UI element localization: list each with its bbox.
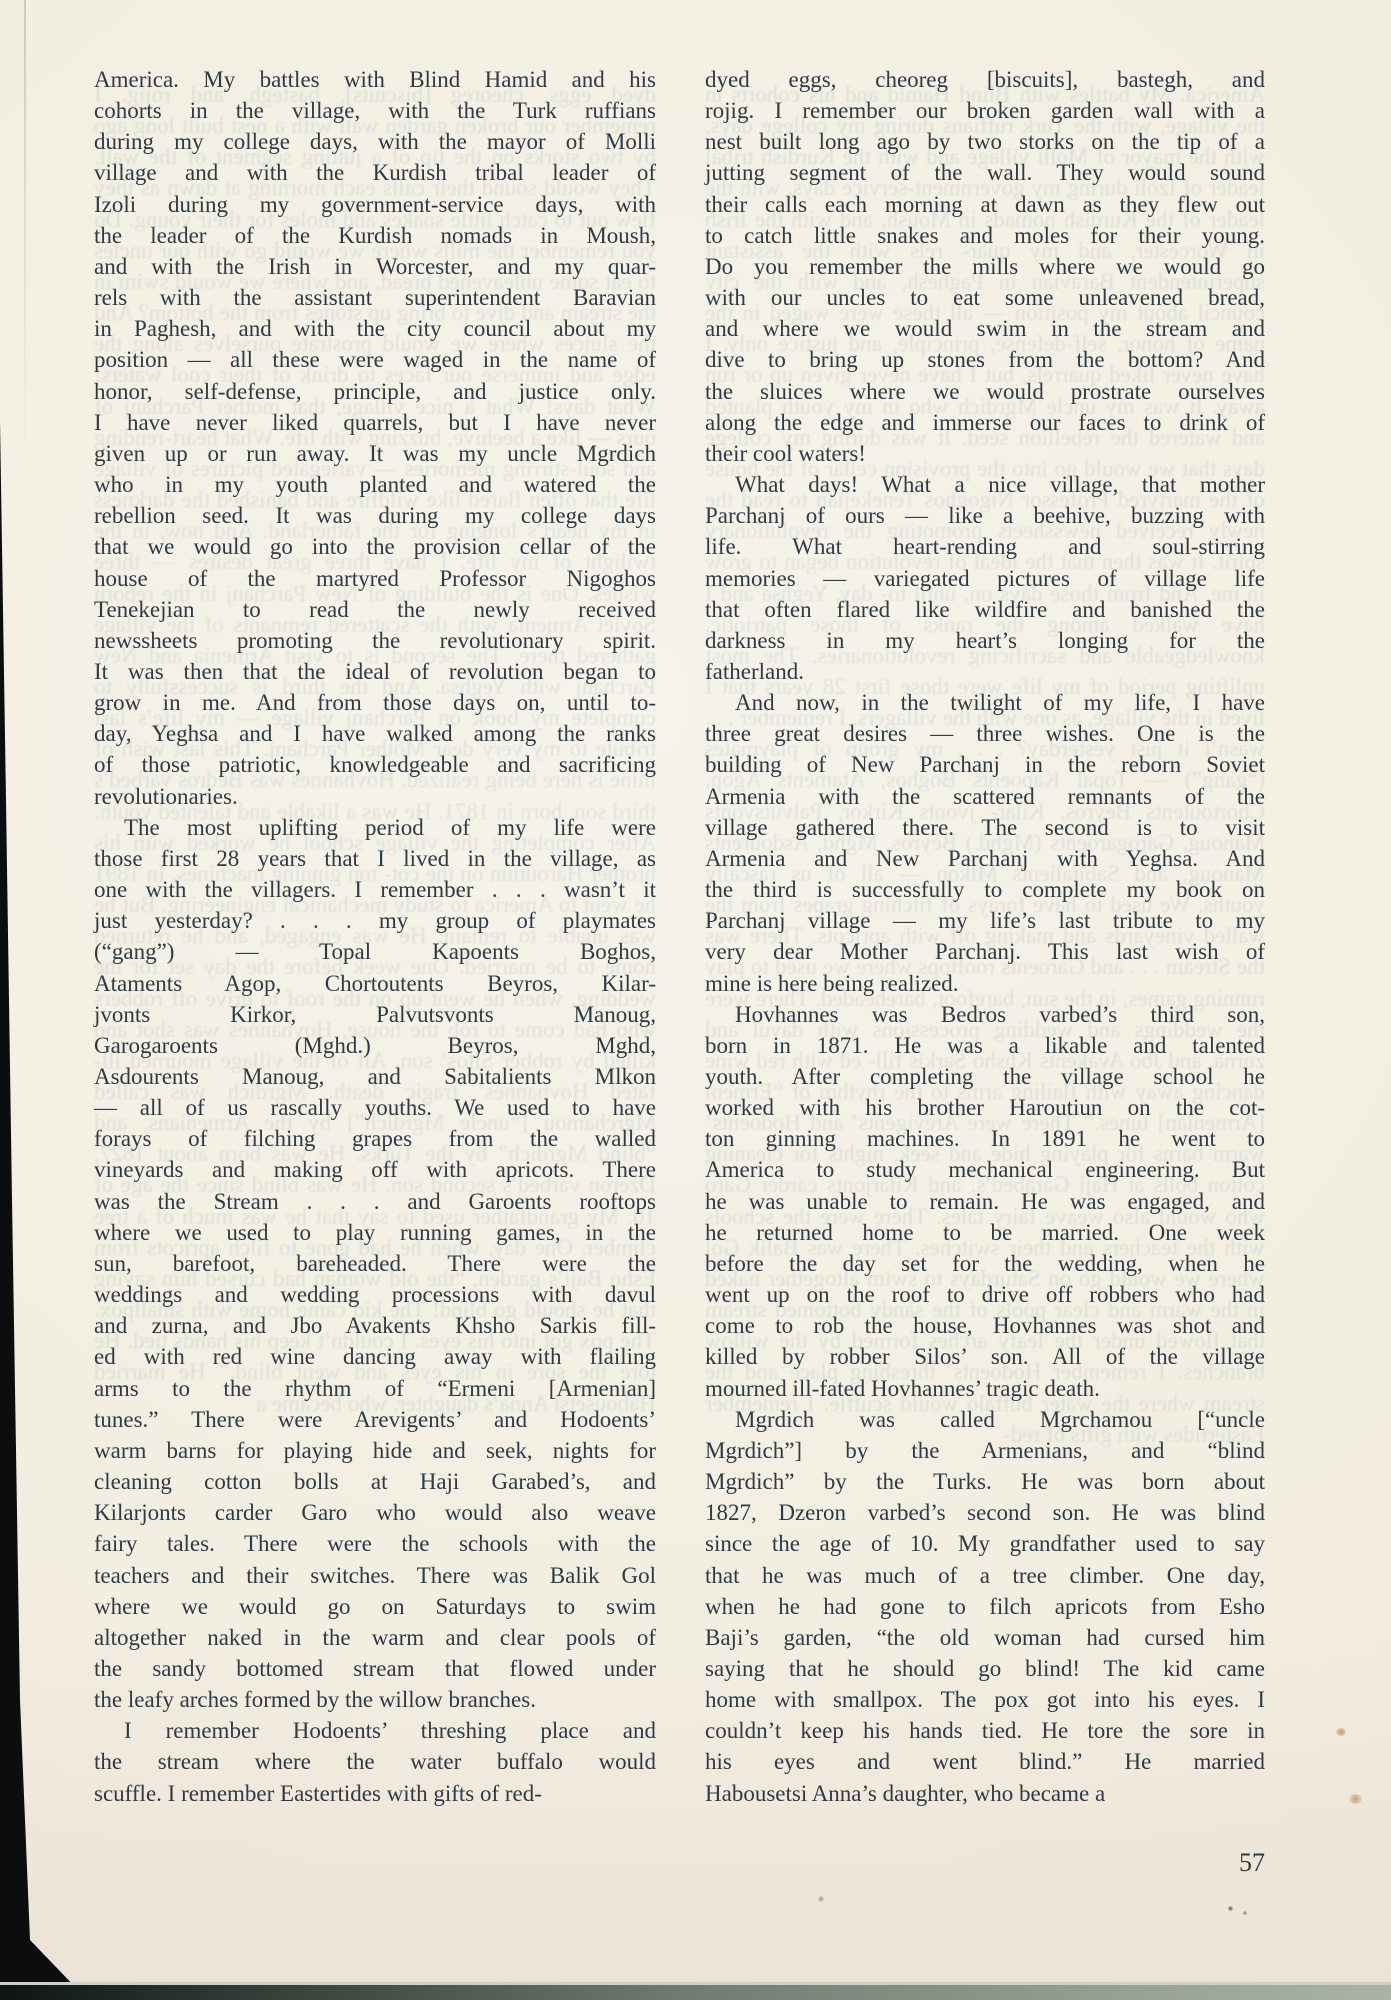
paper-stain — [1228, 1906, 1233, 1911]
paragraph: America. My battles with Blind Hamid and… — [94, 64, 656, 812]
text-line: three great desires — three wishes. One … — [705, 718, 1265, 749]
text-line: killed by robber Silos’ son. All of the … — [705, 1341, 1265, 1372]
text-line: the sluices where we would prostrate our… — [705, 376, 1265, 407]
page-bottom-edge — [0, 1985, 1391, 2000]
text-line: Mgrdich was called Mgrchamou [“uncle — [705, 1404, 1265, 1435]
text-line: rebellion seed. It was during my college… — [94, 500, 656, 531]
text-line: position — all these were waged in the n… — [94, 344, 656, 375]
text-line: vineyards and making off with apricots. … — [94, 1154, 656, 1185]
text-line: ed with red wine dancing away with flail… — [94, 1341, 656, 1372]
text-line: grow in me. And from those days on, unti… — [94, 687, 656, 718]
text-line: Kilarjonts carder Garo who would also we… — [94, 1497, 656, 1528]
text-line: the leafy arches formed by the willow br… — [94, 1684, 656, 1715]
text-line: Asdourents Manoug, and Sabitalients Mlko… — [94, 1061, 656, 1092]
text-line: tunes.” There were Arevigents’ and Hodoe… — [94, 1404, 656, 1435]
text-line: weddings and wedding processions with da… — [94, 1279, 656, 1310]
text-line: ton ginning machines. In 1891 he went to — [705, 1123, 1265, 1154]
book-page: dyed eggs, cheoreg [biscuits], bastegh, … — [0, 0, 1391, 2000]
text-line: went up on the roof to drive off robbers… — [705, 1279, 1265, 1310]
text-line: honor, self-defense, principle, and just… — [94, 376, 656, 407]
paragraph: Hovhannes was Bedros varbed’s third son,… — [705, 999, 1265, 1404]
text-line: cohorts in the village, with the Turk ru… — [94, 95, 656, 126]
text-column-right: dyed eggs, cheoreg [biscuits], bastegh, … — [705, 64, 1265, 1809]
text-line: of those patriotic, knowledgeable and sa… — [94, 749, 656, 780]
text-line: (“gang”) — Topal Kapoents Boghos, — [94, 936, 656, 967]
page-number: 57 — [705, 1848, 1265, 1878]
text-line: darkness in my heart’s longing for the — [705, 625, 1265, 656]
text-line: that often flared like wildfire and bani… — [705, 594, 1265, 625]
text-line: those first 28 years that I lived in the… — [94, 843, 656, 874]
text-line: fatherland. — [705, 656, 1265, 687]
text-line: and zurna, and Jbo Avakents Khsho Sarkis… — [94, 1310, 656, 1341]
text-line: that we would go into the provision cell… — [94, 531, 656, 562]
text-line: with our uncles to eat some unleavened b… — [705, 282, 1265, 313]
text-line: arms to the rhythm of “Ermeni [Armenian] — [94, 1373, 656, 1404]
text-line: rels with the assistant superintendent B… — [94, 282, 656, 313]
text-line: mourned ill-fated Hovhannes’ tragic deat… — [705, 1373, 1265, 1404]
paragraph: The most uplifting period of my life wer… — [94, 812, 656, 1716]
text-line: Habousetsi Anna’s daughter, who became a — [705, 1778, 1265, 1809]
text-line: mine is here being realized. — [705, 968, 1265, 999]
text-line: house of the martyred Professor Nigoghos — [94, 563, 656, 594]
text-line: And now, in the twilight of my life, I h… — [705, 687, 1265, 718]
paragraph: And now, in the twilight of my life, I h… — [705, 687, 1265, 999]
text-line: The most uplifting period of my life wer… — [94, 812, 656, 843]
text-line: Mgrdich” by the Turks. He was born about — [705, 1466, 1265, 1497]
text-line: home with smallpox. The pox got into his… — [705, 1684, 1265, 1715]
text-line: that he was much of a tree climber. One … — [705, 1560, 1265, 1591]
text-line: was the Stream . . . and Garoents roofto… — [94, 1186, 656, 1217]
text-line: Ataments Agop, Chortoutents Beyros, Kila… — [94, 968, 656, 999]
text-line: very dear Mother Parchanj. This last wis… — [705, 936, 1265, 967]
text-line: the stream where the water buffalo would — [94, 1746, 656, 1777]
text-line: Parchanj of ours — like a beehive, buzzi… — [705, 500, 1265, 531]
text-line: to catch little snakes and moles for the… — [705, 220, 1265, 251]
text-line: and where we would swim in the stream an… — [705, 313, 1265, 344]
text-line: their cool waters! — [705, 438, 1265, 469]
text-line: Parchanj village — my life’s last tribut… — [705, 905, 1265, 936]
paragraph: dyed eggs, cheoreg [biscuits], bastegh, … — [705, 64, 1265, 469]
text-line: Garogaroents (Mghd.) Beyros, Mghd, — [94, 1030, 656, 1061]
text-line: forays of filching grapes from the walle… — [94, 1123, 656, 1154]
text-line: one with the villagers. I remember . . .… — [94, 874, 656, 905]
text-line: cleaning cotton bolls at Haji Garabed’s,… — [94, 1466, 656, 1497]
text-line: Mgrdich”] by the Armenians, and “blind — [705, 1435, 1265, 1466]
text-line: jvonts Kirkor, Palvutsvonts Manoug, — [94, 999, 656, 1030]
text-line: he was unable to remain. He was engaged,… — [705, 1186, 1265, 1217]
text-line: I remember Hodoents’ threshing place and — [94, 1715, 656, 1746]
text-line: jutting segment of the wall. They would … — [705, 157, 1265, 188]
text-line: nest built long ago by two storks on the… — [705, 126, 1265, 157]
paper-stain — [818, 1896, 824, 1902]
text-line: given up or run away. It was my uncle Mg… — [94, 438, 656, 469]
text-line: life. What heart-rending and soul-stirri… — [705, 531, 1265, 562]
text-line: America. My battles with Blind Hamid and… — [94, 64, 656, 95]
text-line: day, Yeghsa and I have walked among the … — [94, 718, 656, 749]
text-line: — all of us rascally youths. We used to … — [94, 1092, 656, 1123]
text-line: just yesterday? . . . my group of playma… — [94, 905, 656, 936]
text-line: 1827, Dzeron varbed’s second son. He was… — [705, 1497, 1265, 1528]
text-line: rojig. I remember our broken garden wall… — [705, 95, 1265, 126]
text-line: Armenia with the scattered remnants of t… — [705, 781, 1265, 812]
paragraph: I remember Hodoents’ threshing place and… — [94, 1715, 656, 1808]
text-line: warm barns for playing hide and seek, ni… — [94, 1435, 656, 1466]
text-line: building of New Parchanj in the reborn S… — [705, 749, 1265, 780]
text-line: youth. After completing the village scho… — [705, 1061, 1265, 1092]
text-line: when he had gone to filch apricots from … — [705, 1591, 1265, 1622]
text-line: America to study mechanical engineering.… — [705, 1154, 1265, 1185]
text-line: Armenia and New Parchanj with Yeghsa. An… — [705, 843, 1265, 874]
text-line: the sandy bottomed stream that flowed un… — [94, 1653, 656, 1684]
text-line: sun, barefoot, bareheaded. There were th… — [94, 1248, 656, 1279]
page-crease — [24, 0, 26, 470]
text-line: Tenekejian to read the newly received — [94, 594, 656, 625]
text-line: along the edge and immerse our faces to … — [705, 407, 1265, 438]
paragraph: Mgrdich was called Mgrchamou [“uncleMgrd… — [705, 1404, 1265, 1809]
text-line: Hovhannes was Bedros varbed’s third son, — [705, 999, 1265, 1030]
text-line: since the age of 10. My grandfather used… — [705, 1528, 1265, 1559]
text-line: altogether naked in the warm and clear p… — [94, 1622, 656, 1653]
text-line: teachers and their switches. There was B… — [94, 1560, 656, 1591]
text-line: his eyes and went blind.” He married — [705, 1746, 1265, 1777]
paper-stain — [1243, 1911, 1247, 1915]
text-line: he returned home to be married. One week — [705, 1217, 1265, 1248]
text-line: Izoli during my government-service days,… — [94, 189, 656, 220]
text-line: revolutionaries. — [94, 781, 656, 812]
text-line: Baji’s garden, “the old woman had cursed… — [705, 1622, 1265, 1653]
text-line: saying that he should go blind! The kid … — [705, 1653, 1265, 1684]
text-line: couldn’t keep his hands tied. He tore th… — [705, 1715, 1265, 1746]
paper-stain — [1336, 1728, 1346, 1736]
text-line: memories — variegated pictures of villag… — [705, 563, 1265, 594]
text-line: the leader of the Kurdish nomads in Mous… — [94, 220, 656, 251]
text-line: What days! What a nice village, that mot… — [705, 469, 1265, 500]
text-line: Do you remember the mills where we would… — [705, 251, 1265, 282]
text-line: before the day set for the wedding, when… — [705, 1248, 1265, 1279]
text-line: their calls each morning at dawn as they… — [705, 189, 1265, 220]
text-line: worked with his brother Haroutiun on the… — [705, 1092, 1265, 1123]
scan-edge-left — [0, 0, 80, 2000]
text-line: during my college days, with the mayor o… — [94, 126, 656, 157]
text-line: newssheets promoting the revolutionary s… — [94, 625, 656, 656]
text-line: dyed eggs, cheoreg [biscuits], bastegh, … — [705, 64, 1265, 95]
text-line: dive to bring up stones from the bottom?… — [705, 344, 1265, 375]
text-line: in Paghesh, and with the city council ab… — [94, 313, 656, 344]
text-line: scuffle. I remember Eastertides with gif… — [94, 1778, 656, 1809]
text-line: come to rob the house, Hovhannes was sho… — [705, 1310, 1265, 1341]
text-line: the third is successfully to complete my… — [705, 874, 1265, 905]
text-line: village and with the Kurdish tribal lead… — [94, 157, 656, 188]
text-line: I have never liked quarrels, but I have … — [94, 407, 656, 438]
text-line: and with the Irish in Worcester, and my … — [94, 251, 656, 282]
text-line: fairy tales. There were the schools with… — [94, 1528, 656, 1559]
text-line: born in 1871. He was a likable and talen… — [705, 1030, 1265, 1061]
text-line: village gathered there. The second is to… — [705, 812, 1265, 843]
text-line: who in my youth planted and watered the — [94, 469, 656, 500]
text-line: where we would go on Saturdays to swim — [94, 1591, 656, 1622]
text-line: It was then that the ideal of revolution… — [94, 656, 656, 687]
text-column-left: America. My battles with Blind Hamid and… — [94, 64, 656, 1809]
paragraph: What days! What a nice village, that mot… — [705, 469, 1265, 687]
paper-stain — [1349, 1794, 1362, 1804]
text-line: where we used to play running games, in … — [94, 1217, 656, 1248]
